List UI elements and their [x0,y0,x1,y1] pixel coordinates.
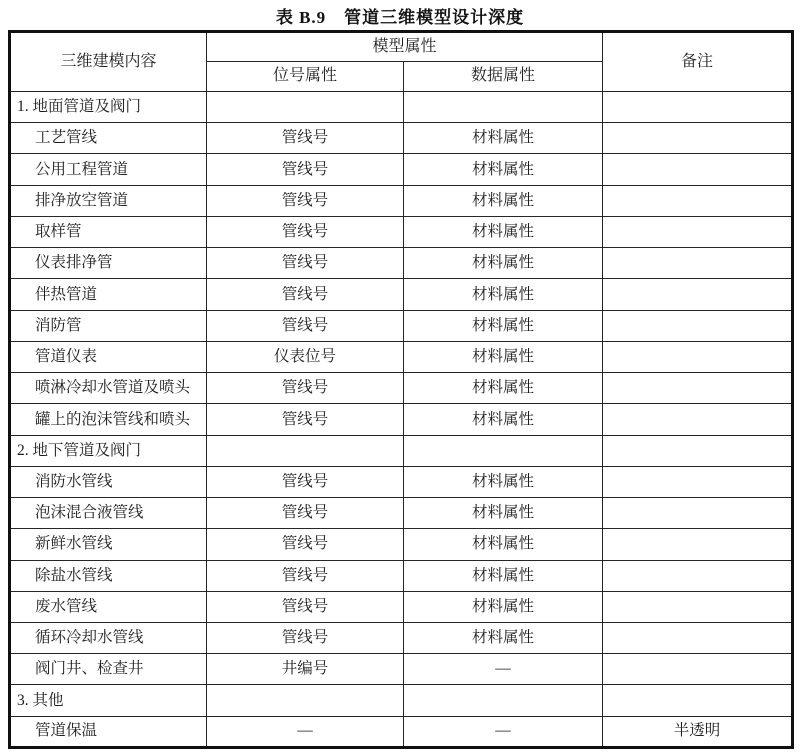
table-row: 循环冷却水管线管线号材料属性 [10,622,793,653]
remark-cell [603,310,793,341]
content-cell: 泡沫混合液管线 [10,498,207,529]
data-attr-cell: — [404,716,603,747]
tag-attr-cell [207,92,404,123]
remark-cell [603,373,793,404]
section-row: 2. 地下管道及阀门 [10,435,793,466]
tag-attr-cell: 井编号 [207,654,404,685]
content-cell: 罐上的泡沫管线和喷头 [10,404,207,435]
design-depth-table: 三维建模内容 模型属性 备注 位号属性 数据属性 1. 地面管道及阀门工艺管线管… [8,30,794,749]
remark-cell: 半透明 [603,716,793,747]
section-row: 1. 地面管道及阀门 [10,92,793,123]
remark-cell [603,529,793,560]
remark-cell [603,185,793,216]
header-data-attribute: 数据属性 [404,62,603,92]
table-row: 消防水管线管线号材料属性 [10,466,793,497]
content-cell: 消防水管线 [10,466,207,497]
tag-attr-cell: 管线号 [207,591,404,622]
data-attr-cell: 材料属性 [404,498,603,529]
data-attr-cell [404,685,603,716]
tag-attr-cell: 管线号 [207,123,404,154]
tag-attr-cell: — [207,716,404,747]
content-cell: 公用工程管道 [10,154,207,185]
remark-cell [603,92,793,123]
content-cell: 排净放空管道 [10,185,207,216]
data-attr-cell: 材料属性 [404,341,603,372]
remark-cell [603,404,793,435]
table-row: 除盐水管线管线号材料属性 [10,560,793,591]
header-tag-attribute: 位号属性 [207,62,404,92]
tag-attr-cell: 管线号 [207,185,404,216]
data-attr-cell: 材料属性 [404,466,603,497]
table-row: 新鲜水管线管线号材料属性 [10,529,793,560]
content-cell: 除盐水管线 [10,560,207,591]
data-attr-cell: — [404,654,603,685]
table-row: 消防管管线号材料属性 [10,310,793,341]
table-row: 仪表排净管管线号材料属性 [10,248,793,279]
table-row: 伴热管道管线号材料属性 [10,279,793,310]
table-header: 三维建模内容 模型属性 备注 位号属性 数据属性 [10,32,793,92]
remark-cell [603,591,793,622]
table-caption: 表 B.9 管道三维模型设计深度 [0,3,800,28]
table-body: 1. 地面管道及阀门工艺管线管线号材料属性公用工程管道管线号材料属性排净放空管道… [10,92,793,748]
data-attr-cell: 材料属性 [404,123,603,154]
table-row: 阀门井、检查井井编号— [10,654,793,685]
data-attr-cell: 材料属性 [404,529,603,560]
tag-attr-cell: 管线号 [207,560,404,591]
tag-attr-cell: 管线号 [207,279,404,310]
header-modeling-content: 三维建模内容 [10,32,207,92]
tag-attr-cell: 管线号 [207,404,404,435]
tag-attr-cell: 仪表位号 [207,341,404,372]
remark-cell [603,466,793,497]
header-remarks: 备注 [603,32,793,92]
content-cell: 废水管线 [10,591,207,622]
content-cell: 新鲜水管线 [10,529,207,560]
table-row: 取样管管线号材料属性 [10,216,793,247]
tag-attr-cell: 管线号 [207,154,404,185]
remark-cell [603,216,793,247]
remark-cell [603,248,793,279]
data-attr-cell: 材料属性 [404,248,603,279]
tag-attr-cell: 管线号 [207,622,404,653]
content-cell: 3. 其他 [10,685,207,716]
table-row: 管道仪表仪表位号材料属性 [10,341,793,372]
tag-attr-cell: 管线号 [207,529,404,560]
tag-attr-cell [207,435,404,466]
remark-cell [603,341,793,372]
section-row: 3. 其他 [10,685,793,716]
data-attr-cell: 材料属性 [404,310,603,341]
remark-cell [603,123,793,154]
content-cell: 喷淋冷却水管道及喷头 [10,373,207,404]
remark-cell [603,154,793,185]
remark-cell [603,279,793,310]
data-attr-cell: 材料属性 [404,373,603,404]
table-row: 排净放空管道管线号材料属性 [10,185,793,216]
tag-attr-cell: 管线号 [207,498,404,529]
table-row: 喷淋冷却水管道及喷头管线号材料属性 [10,373,793,404]
content-cell: 消防管 [10,310,207,341]
remark-cell [603,622,793,653]
content-cell: 循环冷却水管线 [10,622,207,653]
data-attr-cell: 材料属性 [404,404,603,435]
remark-cell [603,685,793,716]
tag-attr-cell [207,685,404,716]
content-cell: 伴热管道 [10,279,207,310]
table-row: 废水管线管线号材料属性 [10,591,793,622]
data-attr-cell: 材料属性 [404,622,603,653]
remark-cell [603,498,793,529]
data-attr-cell: 材料属性 [404,216,603,247]
table-row: 工艺管线管线号材料属性 [10,123,793,154]
content-cell: 1. 地面管道及阀门 [10,92,207,123]
content-cell: 仪表排净管 [10,248,207,279]
data-attr-cell: 材料属性 [404,591,603,622]
data-attr-cell: 材料属性 [404,560,603,591]
content-cell: 管道仪表 [10,341,207,372]
content-cell: 2. 地下管道及阀门 [10,435,207,466]
data-attr-cell [404,435,603,466]
content-cell: 管道保温 [10,716,207,747]
table-row: 罐上的泡沫管线和喷头管线号材料属性 [10,404,793,435]
data-attr-cell: 材料属性 [404,154,603,185]
document-page: 表 B.9 管道三维模型设计深度 三维建模内容 模型属性 备注 位号属性 数据属… [0,0,800,753]
tag-attr-cell: 管线号 [207,310,404,341]
tag-attr-cell: 管线号 [207,248,404,279]
header-model-attributes: 模型属性 [207,32,603,62]
header-row-1: 三维建模内容 模型属性 备注 [10,32,793,62]
tag-attr-cell: 管线号 [207,373,404,404]
data-attr-cell: 材料属性 [404,279,603,310]
tag-attr-cell: 管线号 [207,466,404,497]
content-cell: 阀门井、检查井 [10,654,207,685]
remark-cell [603,560,793,591]
table-row: 泡沫混合液管线管线号材料属性 [10,498,793,529]
content-cell: 工艺管线 [10,123,207,154]
content-cell: 取样管 [10,216,207,247]
data-attr-cell: 材料属性 [404,185,603,216]
data-attr-cell [404,92,603,123]
remark-cell [603,654,793,685]
table-row: 管道保温——半透明 [10,716,793,747]
tag-attr-cell: 管线号 [207,216,404,247]
remark-cell [603,435,793,466]
table-row: 公用工程管道管线号材料属性 [10,154,793,185]
